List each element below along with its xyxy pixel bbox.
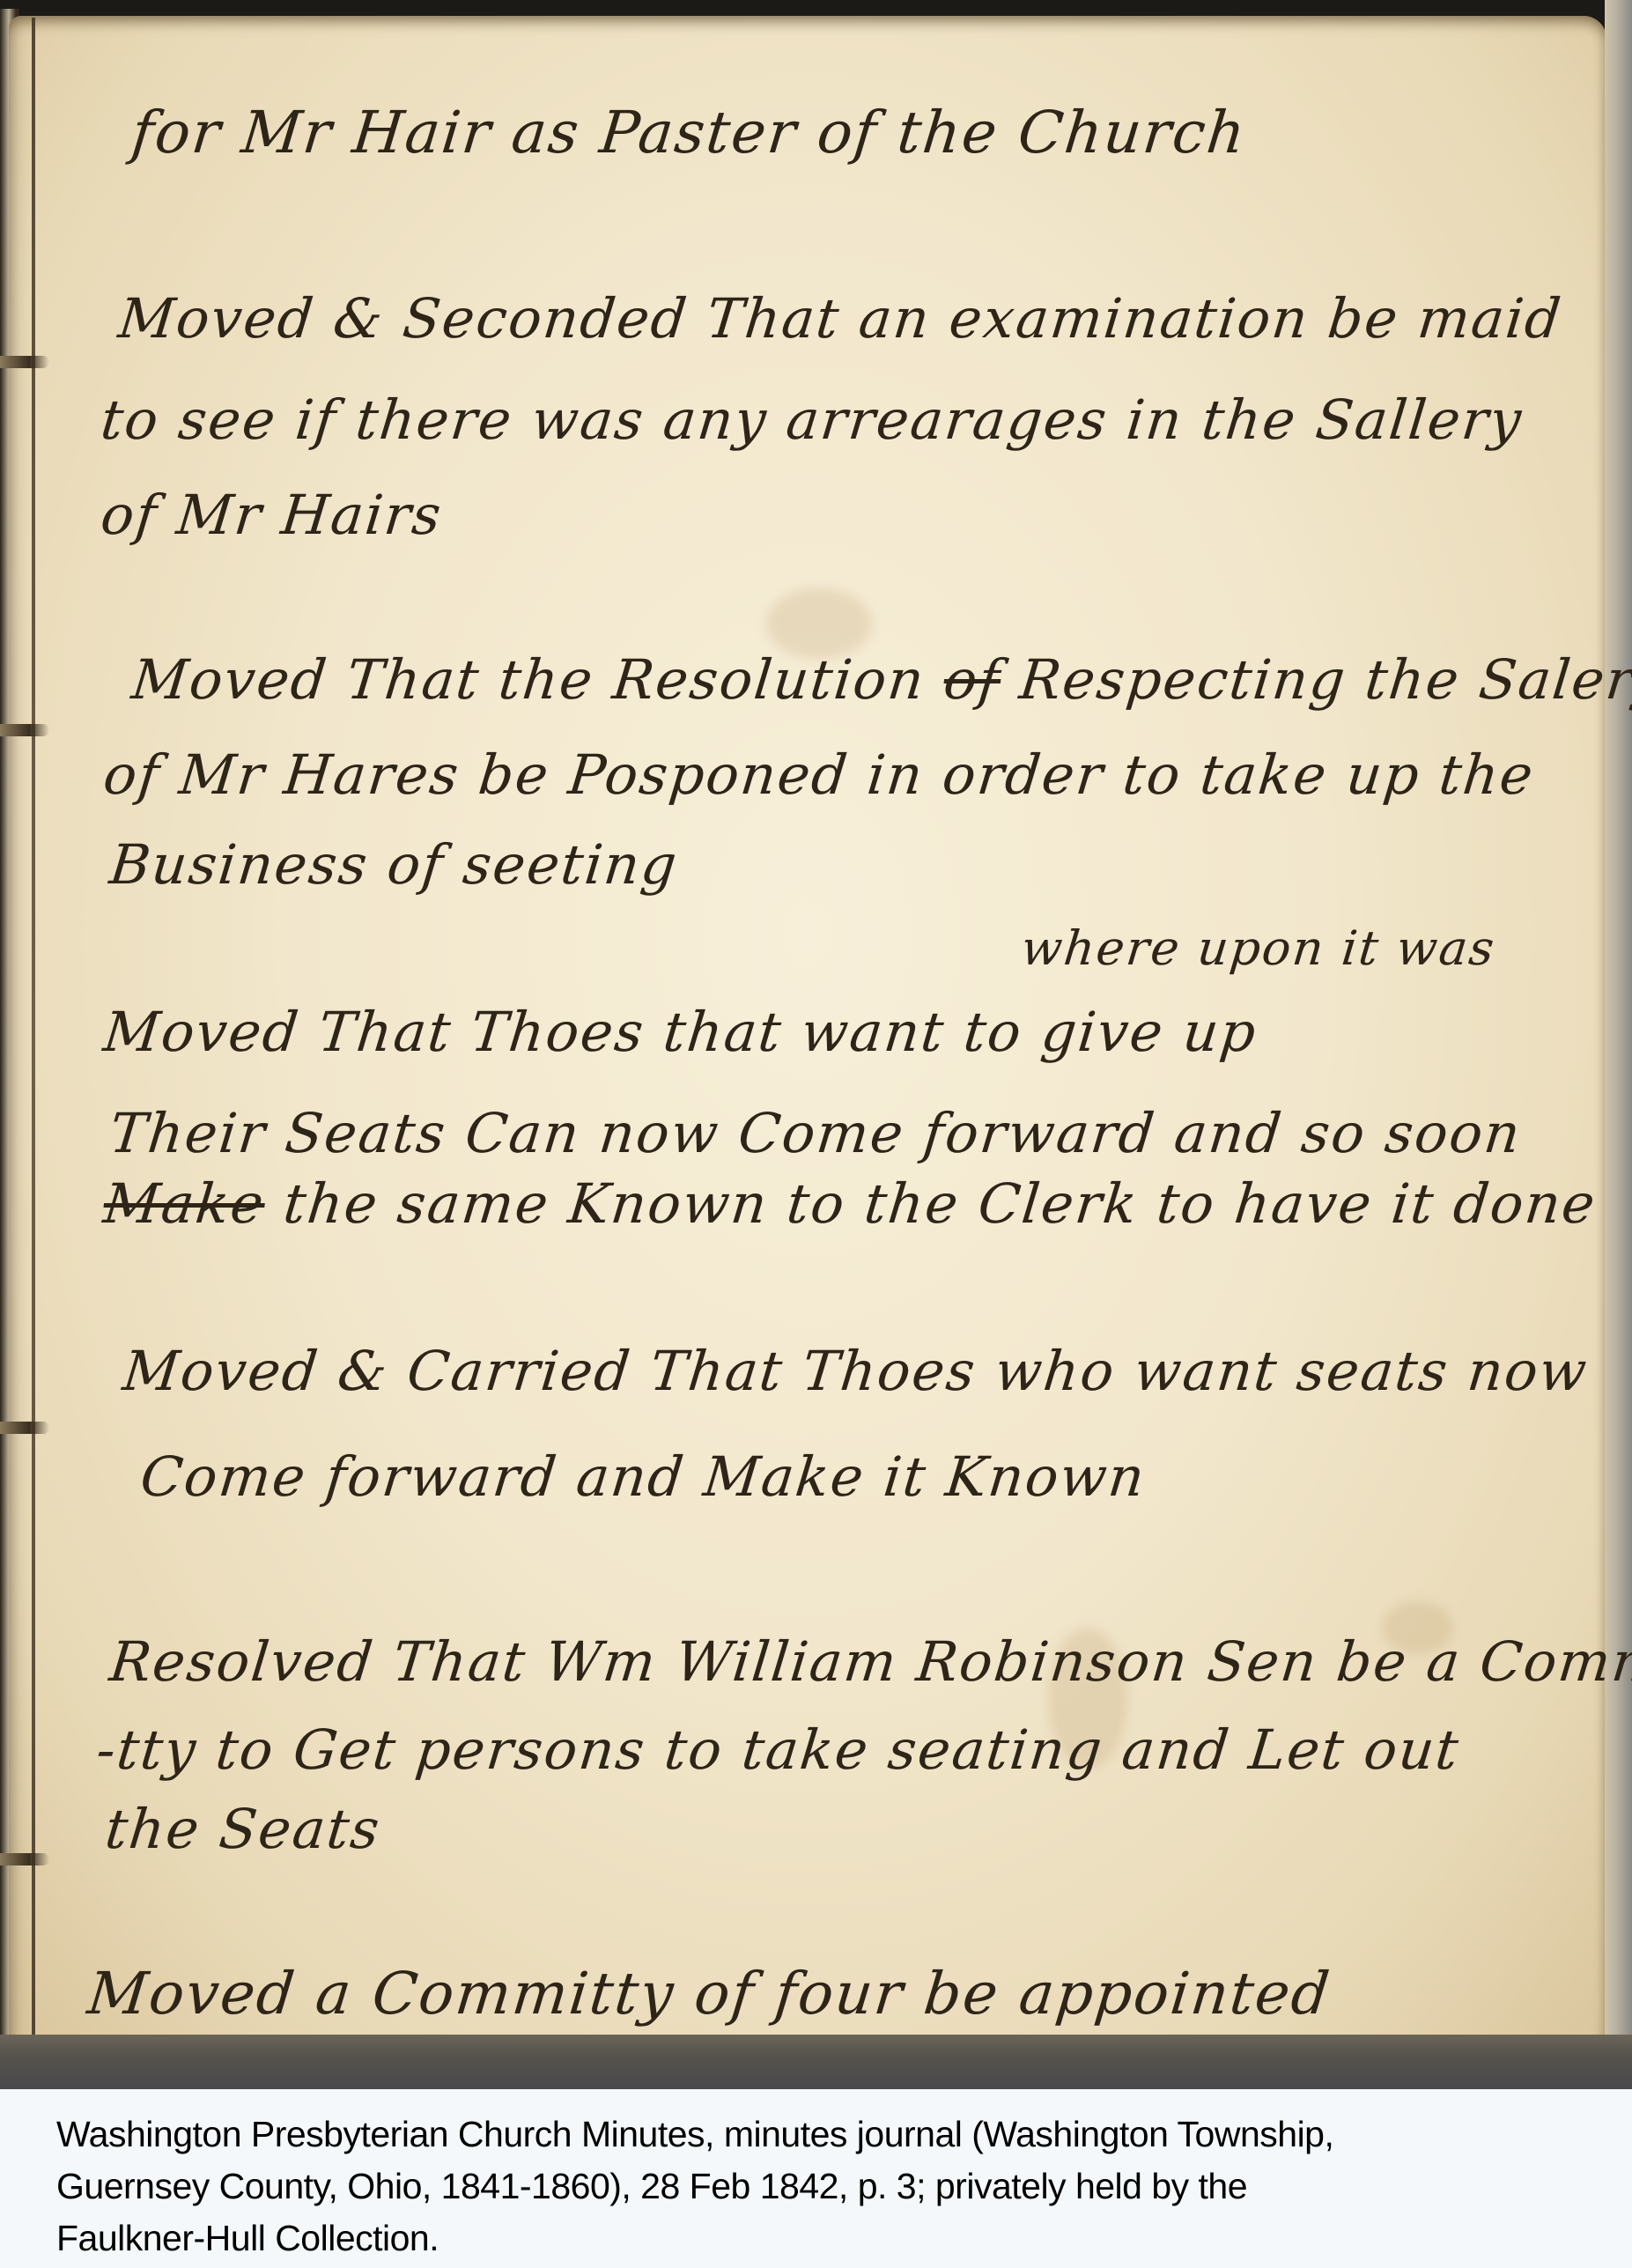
manuscript-line: Their Seats Can now Come forward and so … <box>107 1101 1525 1165</box>
caption-line: Guernsey County, Ohio, 1841-1860), 28 Fe… <box>56 2161 1606 2213</box>
manuscript-line: Resolved That Wm William Robinson Sen be… <box>107 1629 1632 1694</box>
page-stack-edge <box>1605 0 1632 2089</box>
binding-gutter <box>32 18 35 2043</box>
line-text: Respecting the Salery <box>997 647 1632 712</box>
struck-word: of <box>941 647 1004 712</box>
manuscript-line: Moved a Committy of four be appointed <box>85 1960 1334 2028</box>
manuscript-line: Moved & Carried That Thoes who want seat… <box>120 1339 1591 1403</box>
manuscript-line: Moved & Seconded That an examination be … <box>115 286 1565 351</box>
binding-thread <box>0 1422 49 1434</box>
manuscript-line: Business of seeting <box>107 832 681 897</box>
caption-line: Faulkner-Hull Collection. <box>56 2213 1606 2264</box>
struck-word: Make <box>100 1171 268 1236</box>
binding-thread <box>0 356 49 368</box>
manuscript-line: -tty to Get persons to take seating and … <box>93 1718 1463 1782</box>
manuscript-line: Come forward and Make it Known <box>137 1444 1148 1509</box>
line-text: the same Known to the Clerk to have it d… <box>262 1171 1599 1236</box>
manuscript-line: for Mr Hair as Paster of the Church <box>129 99 1250 166</box>
manuscript-line: of Mr Hairs <box>98 483 446 547</box>
binding-thread <box>0 724 49 736</box>
manuscript-scan: for Mr Hair as Paster of the Church Move… <box>0 0 1632 2089</box>
citation-caption: Washington Presbyterian Church Minutes, … <box>56 2089 1606 2264</box>
page-bottom-shadow <box>0 2035 1632 2089</box>
manuscript-line: where upon it was <box>1019 920 1499 976</box>
manuscript-line: Moved That the Resolution of Respecting … <box>129 647 1632 712</box>
manuscript-line: Make the same Known to the Clerk to have… <box>100 1171 1599 1236</box>
manuscript-line: Moved That Thoes that want to give up <box>100 1000 1260 1064</box>
manuscript-line: the Seats <box>102 1797 384 1861</box>
manuscript-line: of Mr Hares be Posponed in order to take… <box>100 742 1538 807</box>
binding-thread <box>0 1853 49 1865</box>
line-text: Moved That the Resolution <box>129 647 948 712</box>
manuscript-line: to see if there was any arrearages in th… <box>98 388 1525 452</box>
caption-line: Washington Presbyterian Church Minutes, … <box>56 2109 1606 2161</box>
